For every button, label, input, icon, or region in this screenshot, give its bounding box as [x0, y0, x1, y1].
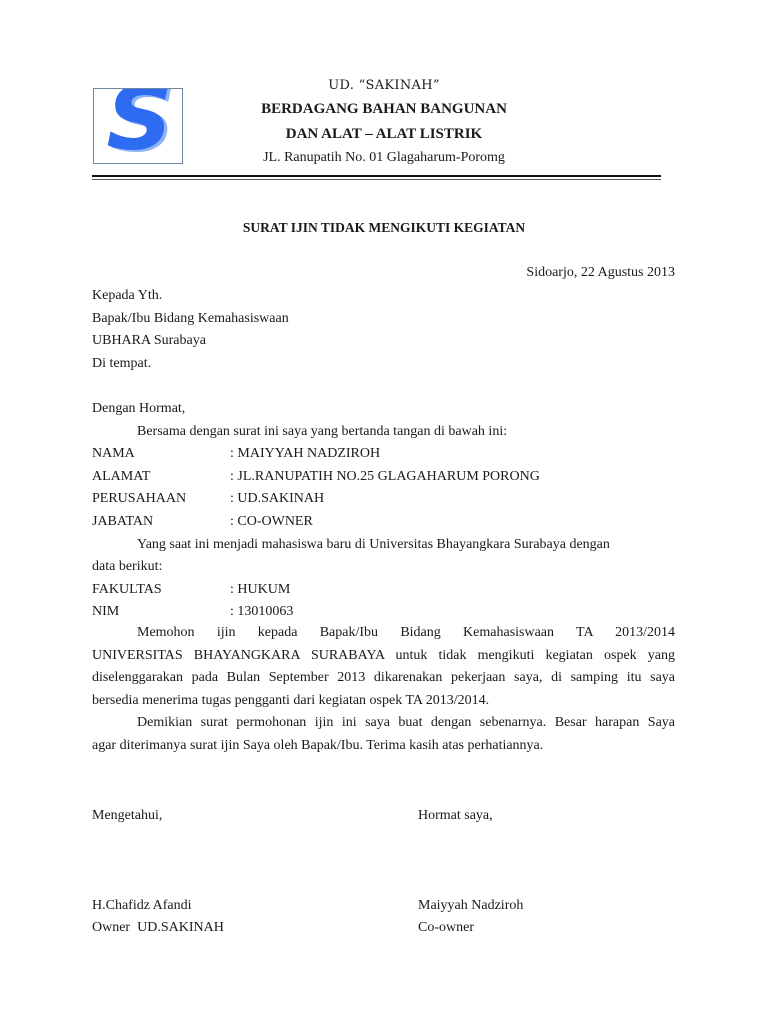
- company-name: UD. “SAKINAH”: [190, 78, 578, 93]
- letter-date: Sidoarjo, 22 Agustus 2013: [526, 264, 675, 282]
- signature-left-name: H.Chafidz Afandi: [92, 897, 192, 915]
- recipient-line: Di tempat.: [92, 355, 151, 373]
- field-label-nama: NAMA: [92, 445, 135, 463]
- field-value-jabatan: : CO-OWNER: [230, 513, 313, 531]
- field-label-perusahaan: PERUSAHAAN: [92, 490, 186, 508]
- greeting: Dengan Hormat,: [92, 400, 185, 418]
- student-intro-line: Yang saat ini menjadi mahasiswa baru di …: [137, 536, 610, 554]
- closing-line: agar diterimanya surat ijin Saya oleh Ba…: [92, 735, 675, 758]
- company-logo: S: [93, 88, 183, 164]
- signature-left-role: Owner UD.SAKINAH: [92, 919, 224, 937]
- company-tagline-1: BERDAGANG BAHAN BANGUNAN: [190, 101, 578, 118]
- field-label-fakultas: FAKULTAS: [92, 581, 162, 599]
- field-value-fakultas: : HUKUM: [230, 581, 290, 599]
- company-address: JL. Ranupatih No. 01 Glagaharum-Poromg: [190, 150, 578, 166]
- recipient-line: UBHARA Surabaya: [92, 332, 206, 350]
- letter-title: SURAT IJIN TIDAK MENGIKUTI KEGIATAN: [0, 219, 768, 237]
- field-value-nama: : MAIYYAH NADZIROH: [230, 445, 380, 463]
- company-tagline-2: DAN ALAT – ALAT LISTRIK: [190, 126, 578, 143]
- field-label-jabatan: JABATAN: [92, 513, 153, 531]
- closing-line: Demikian surat permohonan ijin ini saya …: [92, 712, 675, 735]
- field-value-perusahaan: : UD.SAKINAH: [230, 490, 324, 508]
- signature-right-heading: Hormat saya,: [418, 807, 493, 825]
- request-line: UNIVERSITAS BHAYANGKARA SURABAYA untuk t…: [92, 645, 675, 668]
- student-intro-line: data berikut:: [92, 558, 162, 576]
- s-logo-icon: S: [106, 88, 173, 163]
- header-rule-thick: [92, 175, 661, 177]
- request-line: Memohon ijin kepada Bapak/Ibu Bidang Kem…: [92, 622, 675, 645]
- letter-page: S UD. “SAKINAH” BERDAGANG BAHAN BANGUNAN…: [0, 0, 768, 1024]
- recipient-line: Kepada Yth.: [92, 287, 162, 305]
- field-label-nim: NIM: [92, 603, 119, 621]
- field-value-nim: : 13010063: [230, 603, 293, 621]
- field-value-alamat: : JL.RANUPATIH NO.25 GLAGAHARUM PORONG: [230, 468, 540, 486]
- signature-right-role: Co-owner: [418, 919, 474, 937]
- request-line: bersedia menerima tugas pengganti dari k…: [92, 690, 675, 713]
- recipient-line: Bapak/Ibu Bidang Kemahasiswaan: [92, 310, 289, 328]
- request-line: diselenggarakan pada Bulan September 201…: [92, 667, 675, 690]
- header-rule-thin: [92, 179, 661, 180]
- field-label-alamat: ALAMAT: [92, 468, 150, 486]
- signature-left-heading: Mengetahui,: [92, 807, 162, 825]
- intro-text: Bersama dengan surat ini saya yang berta…: [137, 423, 507, 441]
- signature-right-name: Maiyyah Nadziroh: [418, 897, 523, 915]
